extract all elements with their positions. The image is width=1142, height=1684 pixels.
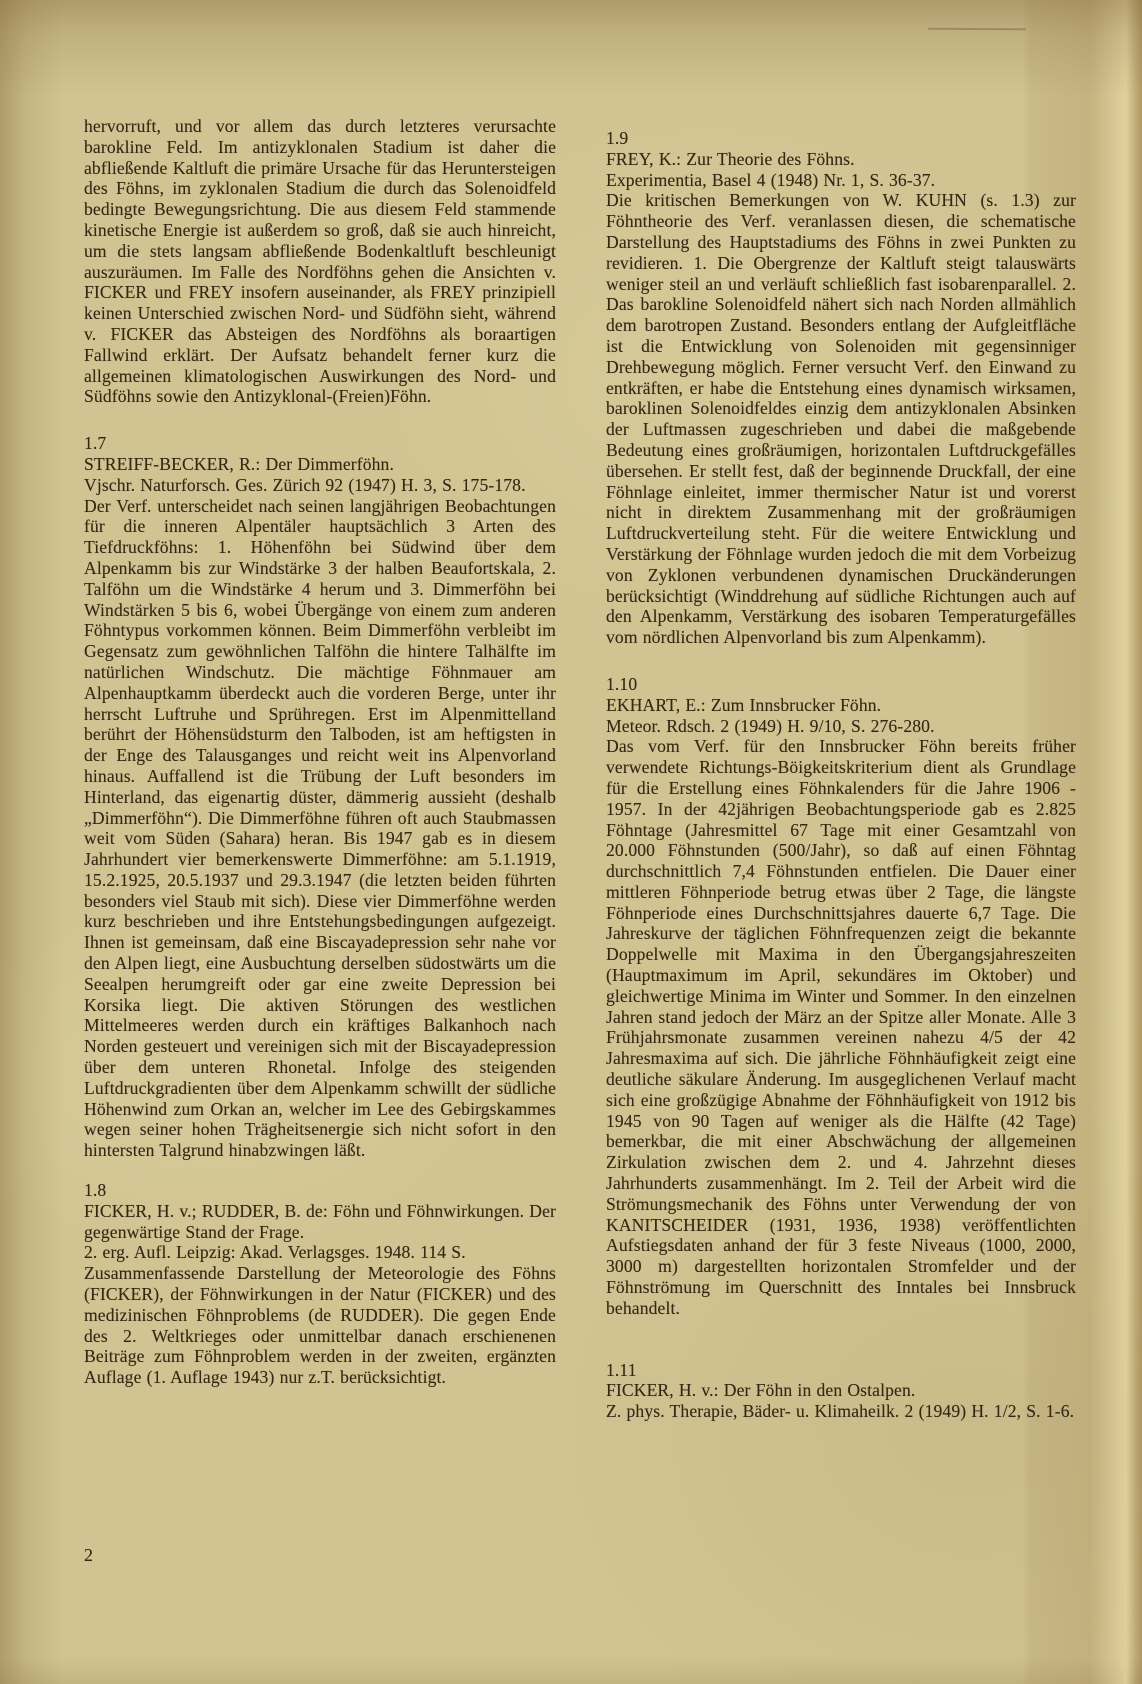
entry-source: Meteor. Rdsch. 2 (1949) H. 9/10, S. 276-… [606,716,1076,737]
bib-entry-1-10: 1.10 EKHART, E.: Zum Innsbrucker Föhn. M… [606,674,1076,1319]
entry-citation: FICKER, H. v.: Der Föhn in den Ostalpen. [606,1380,1076,1401]
entry-source: Experimentia, Basel 4 (1948) Nr. 1, S. 3… [606,170,1076,191]
bib-entry-1-11: 1.11 FICKER, H. v.: Der Föhn in den Osta… [606,1360,1076,1422]
entry-abstract: Der Verf. unterscheidet nach seinen lang… [84,496,556,1162]
entry-citation: STREIFF-BECKER, R.: Der Dimmerföhn. [84,454,556,475]
entry-source: Vjschr. Naturforsch. Ges. Zürich 92 (194… [84,475,556,496]
bib-entry-1-9: 1.9 FREY, K.: Zur Theorie des Föhns. Exp… [606,128,1076,648]
entry-source: 2. erg. Aufl. Leipzig: Akad. Verlagsges.… [84,1242,556,1263]
page-number: 2 [84,1545,93,1565]
entry-citation: FICKER, H. v.; RUDDER, B. de: Föhn und F… [84,1201,556,1243]
entry-number: 1.10 [606,674,1076,695]
continuation-paragraph: hervorruft, und vor allem das durch letz… [84,116,556,407]
bib-entry-1-7: 1.7 STREIFF-BECKER, R.: Der Dimmerföhn. … [84,433,556,1161]
entry-number: 1.9 [606,128,1076,149]
entry-number: 1.7 [84,433,556,454]
bib-entry-1-8: 1.8 FICKER, H. v.; RUDDER, B. de: Föhn u… [84,1180,556,1388]
entry-abstract: Das vom Verf. für den Innsbrucker Föhn b… [606,736,1076,1318]
entry-source: Z. phys. Therapie, Bäder- u. Klimaheilk.… [606,1401,1076,1422]
entry-number: 1.11 [606,1360,1076,1381]
left-column: hervorruft, und vor allem das durch letz… [84,116,556,1388]
entry-citation: FREY, K.: Zur Theorie des Föhns. [606,149,1076,170]
scan-scratch-artifact [928,28,1026,30]
entry-abstract: Zusammenfassende Darstellung der Meteoro… [84,1263,556,1388]
entry-citation: EKHART, E.: Zum Innsbrucker Föhn. [606,695,1076,716]
scanned-bibliography-page: hervorruft, und vor allem das durch letz… [0,0,1142,1684]
right-column: 1.9 FREY, K.: Zur Theorie des Föhns. Exp… [606,128,1076,1422]
entry-number: 1.8 [84,1180,556,1201]
entry-abstract: Die kritischen Bemerkungen von W. KUHN (… [606,190,1076,648]
